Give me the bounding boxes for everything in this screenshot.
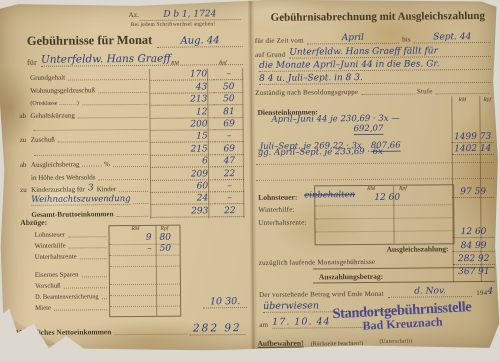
name-row: für Unterfeldw. Hans Graeff xyxy=(27,52,243,67)
signature-caption: (Unterschrift) xyxy=(379,339,412,345)
paygroup-row: Zuständig nach Besoldungsgruppe Stufe xyxy=(255,87,491,97)
deduction-label: Unterhaltsrente xyxy=(35,253,109,261)
period-from: April xyxy=(307,33,399,45)
reason-line-3: 8 4 u. Juli–Sept. in 8 3. xyxy=(259,72,491,85)
keep-note: Aufbewahren! (Rückseite beachten!) xyxy=(257,332,363,351)
income-line-4: gg. April–Sept. je 233,69 · 6x xyxy=(258,147,383,158)
az-label: Az. xyxy=(129,11,140,21)
deduction-label: Miete xyxy=(35,304,109,312)
net-income-label: Monatliches Nettoeinkommen xyxy=(15,327,111,337)
reason-line-2: die Monate April–Juni 44 in die Bes. Gr. xyxy=(259,59,491,72)
reason-row: auf Grund Unterfeldw. Hans Graeff fällt … xyxy=(255,46,491,59)
fuer-label: für xyxy=(27,58,37,67)
pay-table: Grundgehalt 170– Wohnungsgeldzuschuß 435… xyxy=(19,68,244,220)
period-row: für die Zeit vom April bis Sept. 44 xyxy=(255,32,491,45)
transfer-label: Der vorstehende Betrag wird Ende Monat xyxy=(259,290,384,299)
scanned-document: Az. D b 1, 1724 Bei jedem Schriftwechsel… xyxy=(0,0,500,361)
deduction-label: Lohnsteuer xyxy=(34,231,108,239)
table-rule xyxy=(155,226,157,316)
year-digit: 4 xyxy=(487,287,493,297)
difference-value: 97 59 xyxy=(452,188,494,198)
monthly-pay-value: 282 92 xyxy=(453,255,495,265)
separator-line xyxy=(256,162,494,165)
deduction-sum-value: 12 60 xyxy=(452,228,494,238)
column-header-rm: RM xyxy=(171,61,179,67)
paper-sheet: Az. D b 1, 1724 Bei jedem Schriftwechsel… xyxy=(0,0,500,352)
am-label: am xyxy=(259,321,268,329)
az-note: Bei jedem Schriftwechsel angeben! xyxy=(131,21,216,28)
deduction-label: Eisernes Sparen xyxy=(35,271,109,279)
deductions-box: RM Rpf 9 80 – 50 xyxy=(108,225,181,318)
equalization-label: Ausgleichszahlung: xyxy=(317,244,449,254)
deduction-value: 50 xyxy=(160,244,172,254)
period-to: Sept. 44 xyxy=(414,32,491,44)
deduction-value: 80 xyxy=(160,233,172,243)
deductions-section: Abzüge: RM Rpf 9 80 – 50 Lohnsteuer xyxy=(20,220,245,322)
handwritten-entry: Weihnachtszuwendung xyxy=(31,194,130,206)
net-income-row: Monatliches Nettoeinkommen 282 92 xyxy=(15,322,245,337)
children-count: 3 xyxy=(88,183,94,193)
table-row: Gesamt-Bruttoeinkommen 29322 xyxy=(20,204,244,218)
reason-label: auf Grund xyxy=(255,51,285,59)
year-prefix: 194 xyxy=(476,289,487,297)
tax-withheld-value: 12 60 xyxy=(359,193,415,203)
tax-note: einbehalten xyxy=(304,190,355,200)
separator-line xyxy=(256,178,494,181)
recipient-name: Unterfeldw. Hans Graeff xyxy=(41,52,243,67)
payout-value: 367 91 xyxy=(453,268,495,277)
period-label: für die Zeit vom xyxy=(255,37,304,45)
az-value: D b 1, 1724 xyxy=(139,10,241,21)
column-header-rpf: Rpf xyxy=(219,60,227,66)
income-sum-1: 1499 73 xyxy=(452,133,494,143)
maintenance-label: Unterhaltsrente: xyxy=(258,218,306,226)
right-page: Gebührnisabrechnung mit Ausgleichszahlun… xyxy=(255,2,498,348)
paygroup-label: Zuständig nach Besoldungsgruppe xyxy=(255,88,358,97)
tax-label: Lohnsteuer: xyxy=(258,193,297,202)
page-title: Gebührnisse für Monat xyxy=(27,33,153,49)
reason-line-1: Unterfeldw. Hans Graeff fällt für xyxy=(289,46,491,59)
keep-label: Aufbewahren! xyxy=(257,339,303,348)
column-header-rm: RM xyxy=(458,97,466,103)
bis-label: bis xyxy=(402,36,411,44)
transfer-month: d. Nov. xyxy=(388,286,472,298)
net-income-value: 282 92 xyxy=(189,322,245,335)
equalization-value: 84 99 xyxy=(453,242,495,252)
column-header-rpf: Rpf xyxy=(483,97,491,103)
income-line-2: 692,07 xyxy=(354,124,384,135)
left-page: Az. D b 1, 1724 Bei jedem Schriftwechsel… xyxy=(11,4,252,350)
plus-monthly-label: zuzüglich laufende Monatsgebührnisse xyxy=(259,258,376,267)
table-rule xyxy=(242,68,244,218)
deductions-sum: 10 30. xyxy=(203,296,247,308)
payout-label: Auszahlungsbetrag: xyxy=(319,272,383,282)
page-title: Gebührnisabrechnung mit Ausgleichszahlun… xyxy=(271,10,485,24)
month-value: Aug. 44 xyxy=(157,35,243,48)
keep-sub-note: (Rückseite beachten!) xyxy=(311,341,364,347)
stufe-label: Stufe xyxy=(417,87,433,95)
title-row: Gebührnisse für Monat Aug. 44 xyxy=(27,32,243,49)
income-sum-2: 1402 14 xyxy=(452,145,494,155)
deduction-value: 9 xyxy=(114,233,152,243)
deductions-header: Abzüge: xyxy=(20,218,47,227)
winter-relief-label: Winterhilfe: xyxy=(258,206,294,214)
file-number-line: Az. D b 1, 1724 xyxy=(129,10,241,21)
deduction-label: Winterhilfe xyxy=(35,242,109,250)
deduction-label: Vorschuß xyxy=(35,282,109,290)
deduction-value: – xyxy=(114,244,152,254)
deduction-label: D. Beamtenversicherung xyxy=(35,293,109,301)
transfer-row: Der vorstehende Betrag wird Ende Monat d… xyxy=(259,286,493,299)
